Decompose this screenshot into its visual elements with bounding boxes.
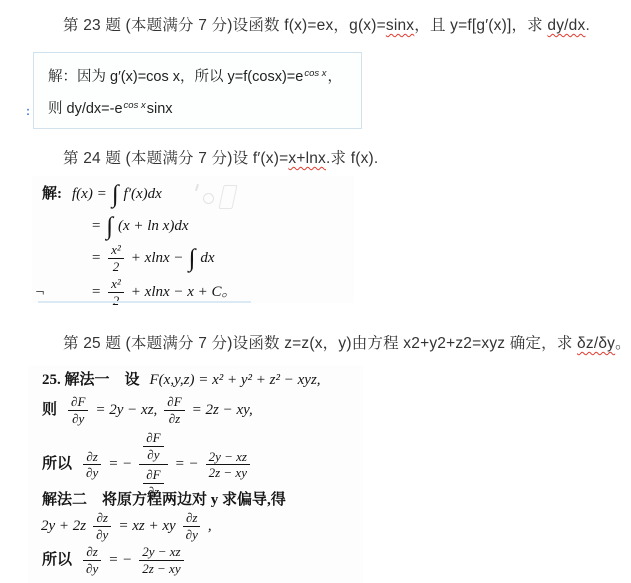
problem-25-title: 第 25 题 (本题满分 7 分)设函数 z=z(x，y)由方程 x2+y2+z…: [63, 331, 631, 353]
margin-mark: :: [26, 104, 30, 118]
problem-24-solution-image: 解: f(x) = ∫ f′(x)dx = ∫ (x + ln x)dx = x…: [32, 176, 354, 303]
spellcheck-word: δz/δy: [577, 335, 615, 352]
solution-line: 则 dy/dx=-ecos xsinx: [48, 97, 173, 118]
fraction: ∂z ∂y: [83, 449, 101, 481]
problem-24-title: 第 24 题 (本题满分 7 分)设 f′(x)=x+lnx.求 f(x).: [63, 146, 378, 168]
spellcheck-word: x+lnx: [288, 150, 326, 167]
integral-sign: ∫: [112, 182, 119, 207]
formula-line: 25. 解法一 设 F(x,y,z) = x² + y² + z² − xyz,: [42, 372, 324, 389]
fraction: x² 2: [108, 242, 124, 274]
integral-sign: ∫: [106, 214, 113, 239]
fraction: ∂z ∂y: [83, 544, 101, 576]
scan-artifact-circle: [203, 193, 214, 204]
superscript: cos x: [124, 100, 146, 111]
image-bottom-border: [38, 301, 251, 303]
fraction: 2y − xz 2z − xy: [206, 449, 250, 481]
fraction: x² 2: [108, 276, 124, 308]
formula-line: 所以 ∂z ∂y = − 2y − xz 2z − xy: [42, 544, 188, 576]
formula-line: 所以 ∂z ∂y = − ∂F ∂y ∂F ∂z = − 2y − xz 2z: [42, 428, 254, 501]
fraction: 2y − xz 2z − xy: [139, 544, 183, 576]
fraction: ∂F ∂z: [164, 394, 184, 426]
spellcheck-word: sinx: [386, 17, 414, 34]
superscript: cos x: [304, 68, 326, 79]
formula-line: 解法二 将原方程两边对 y 求偏导,得: [42, 492, 293, 509]
formula-line: 解: f(x) = ∫ f′(x)dx: [42, 182, 165, 207]
problem-23-title: 第 23 题 (本题满分 7 分)设函数 f(x)=ex，g(x)=sinx，且…: [63, 13, 590, 35]
formula-line: = x² 2 + xlnx − ∫ dx: [88, 242, 218, 274]
spellcheck-word: dy/dx: [547, 17, 585, 34]
solution-line: 解：因为 g′(x)=cos x，所以 y=f(cosx)=ecos x，: [48, 65, 342, 86]
formula-line: 则 ∂F ∂y = 2y − xz, ∂F ∂z = 2z − xy,: [42, 394, 256, 426]
fraction: ∂z ∂y: [93, 510, 111, 542]
formula-line: 2y + 2z ∂z ∂y = xz + xy ∂z ∂y ,: [38, 510, 215, 542]
fraction: ∂z ∂y: [183, 510, 201, 542]
nested-fraction: ∂F ∂y ∂F ∂z: [139, 428, 167, 501]
fraction: ∂F ∂y: [143, 430, 163, 462]
problem-25-solution-image: 25. 解法一 设 F(x,y,z) = x² + y² + z² − xyz,…: [28, 366, 363, 583]
formula-line: = x² 2 + xlnx − x + C。: [88, 276, 240, 308]
corner-mark: ¬: [35, 285, 45, 299]
fraction: ∂F ∂y: [68, 394, 88, 426]
formula-line: = ∫ (x + ln x)dx: [88, 214, 192, 239]
problem-23-solution-box: 解：因为 g′(x)=cos x，所以 y=f(cosx)=ecos x， 则 …: [33, 52, 362, 129]
problem-23-title-text: 第 23 题 (本题满分 7 分)设函数 f(x)=ex，g(x)=: [63, 17, 386, 34]
integral-sign: ∫: [189, 246, 196, 271]
